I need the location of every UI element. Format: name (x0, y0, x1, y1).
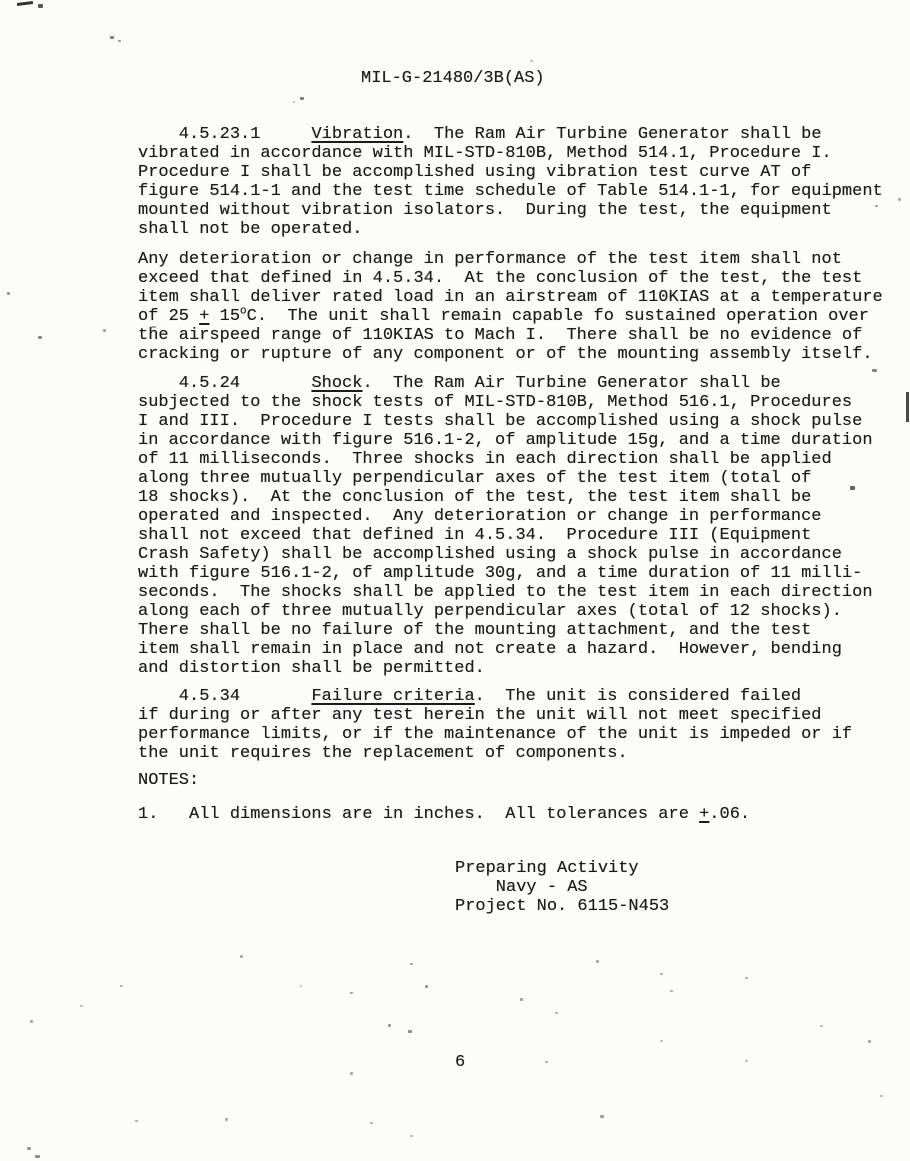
text-line: along each of three mutually perpendicul… (138, 602, 873, 621)
scan-speckle (850, 486, 855, 490)
text-line: operated and inspected. Any deterioratio… (138, 507, 873, 526)
scan-speckle (135, 1120, 138, 1122)
text-line: item shall remain in place and not creat… (138, 640, 873, 659)
underlined-text: Shock (311, 374, 362, 393)
text-line: seconds. The shocks shall be applied to … (138, 583, 873, 602)
text-line: 4.5.24 Shock. The Ram Air Turbine Genera… (138, 374, 873, 393)
text-line: Navy - AS (455, 878, 669, 897)
text-line: along three mutually perpendicular axes … (138, 469, 873, 488)
text-line: 4.5.23.1 Vibration. The Ram Air Turbine … (138, 125, 883, 144)
scan-speckle (103, 329, 106, 332)
text-line: shall not be operated. (138, 220, 883, 239)
text-line: and distortion shall be permitted. (138, 659, 873, 678)
scan-speckle (898, 198, 901, 201)
scan-speckle (240, 955, 243, 958)
text-line: 18 shocks). At the conclusion of the tes… (138, 488, 873, 507)
text-line: There shall be no failure of the mountin… (138, 621, 873, 640)
section-4-5-34-failure-criteria: 4.5.34 Failure criteria. The unit is con… (138, 687, 852, 763)
scan-speckle (293, 101, 295, 103)
text-line: NOTES: (138, 771, 199, 790)
notes-heading: NOTES: (138, 771, 199, 790)
scan-speckle (27, 1147, 31, 1150)
underlined-text: + (199, 307, 209, 326)
text-line: Project No. 6115-N453 (455, 897, 669, 916)
scan-speckle (38, 4, 43, 8)
text-line: in accordance with figure 516.1-2, of am… (138, 431, 873, 450)
scan-speckle (670, 990, 673, 992)
underlined-text: Failure criteria (311, 687, 474, 706)
section-4-5-23-1-vibration: 4.5.23.1 Vibration. The Ram Air Turbine … (138, 125, 883, 239)
scan-speckle (545, 1061, 548, 1063)
scan-mark-corner (17, 1, 33, 6)
text-line: Procedure I shall be accomplished using … (138, 163, 883, 182)
scan-speckle (300, 97, 304, 100)
text-line: the airspeed range of 110KIAS to Mach I.… (138, 326, 883, 345)
scan-speckle (350, 1072, 353, 1075)
scan-speckle (370, 1122, 373, 1124)
scan-speckle (7, 292, 10, 295)
scanned-document-page: MIL-G-21480/3B(AS) 4.5.23.1 Vibration. T… (0, 0, 910, 1161)
scan-speckle (820, 1025, 823, 1027)
text-line: cracking or rupture of any component or … (138, 345, 883, 364)
scan-speckle (600, 1115, 604, 1118)
scan-speckle (745, 977, 748, 979)
scan-speckle (225, 1118, 228, 1121)
scan-speckle (530, 60, 533, 62)
text-line: mounted without vibration isolators. Dur… (138, 201, 883, 220)
text-line: I and III. Procedure I tests shall be ac… (138, 412, 873, 431)
underlined-text: + (699, 805, 709, 824)
scan-speckle (410, 963, 413, 965)
text-line: shall not exceed that defined in 4.5.34.… (138, 526, 873, 545)
scan-speckle (520, 998, 523, 1001)
scan-speckle (38, 336, 42, 339)
text-line: performance limits, or if the maintenanc… (138, 725, 852, 744)
scan-speckle (80, 1005, 83, 1007)
section-4-5-24-shock: 4.5.24 Shock. The Ram Air Turbine Genera… (138, 374, 873, 678)
scan-speckle (350, 992, 353, 994)
text-line: subjected to the shock tests of MIL-STD-… (138, 393, 873, 412)
scan-speckle (868, 1040, 871, 1043)
text-line: Any deterioration or change in performan… (138, 250, 883, 269)
text-line: figure 514.1-1 and the test time schedul… (138, 182, 883, 201)
scan-speckle (110, 36, 114, 39)
scan-speckle (35, 1155, 40, 1158)
text-line: 4.5.34 Failure criteria. The unit is con… (138, 687, 852, 706)
text-line: of 11 milliseconds. Three shocks in each… (138, 450, 873, 469)
scan-speckle (596, 960, 599, 963)
text-line: if during or after any test herein the u… (138, 706, 852, 725)
scan-speckle (388, 1024, 391, 1027)
text-line: of 25 + 15oC. The unit shall remain capa… (138, 307, 883, 326)
paragraph-vibration-results: Any deterioration or change in performan… (138, 250, 883, 364)
scan-speckle (875, 205, 878, 207)
scan-speckle (408, 1030, 412, 1033)
underlined-text: Vibration (311, 125, 403, 144)
scan-speckle (410, 1135, 413, 1137)
note-1: 1. All dimensions are in inches. All tol… (138, 805, 750, 824)
scan-speckle (555, 1012, 558, 1014)
scan-speckle (118, 40, 121, 42)
scan-speckle (300, 985, 302, 987)
text-line: Crash Safety) shall be accomplished usin… (138, 545, 873, 564)
scan-speckle (880, 1095, 883, 1097)
scan-speckle (660, 1040, 663, 1042)
scan-mark-edge (906, 392, 909, 422)
text-line: the unit requires the replacement of com… (138, 744, 852, 763)
scan-speckle (151, 326, 156, 328)
preparing-activity: Preparing Activity Navy - ASProject No. … (455, 859, 669, 916)
text-line: with figure 516.1-2, of amplitude 30g, a… (138, 564, 873, 583)
doc-number-header: MIL-G-21480/3B(AS) (361, 69, 545, 88)
page-number: 6 (455, 1053, 465, 1072)
scan-speckle (745, 1060, 748, 1062)
text-line: vibrated in accordance with MIL-STD-810B… (138, 144, 883, 163)
text-line: exceed that defined in 4.5.34. At the co… (138, 269, 883, 288)
scan-speckle (872, 369, 877, 372)
text-line: Preparing Activity (455, 859, 669, 878)
superscript-text: o (240, 305, 247, 317)
scan-speckle (30, 1020, 33, 1023)
scan-speckle (425, 985, 428, 988)
text-line: item shall deliver rated load in an airs… (138, 288, 883, 307)
scan-speckle (120, 985, 123, 987)
text-line: 1. All dimensions are in inches. All tol… (138, 805, 750, 824)
scan-speckle (660, 973, 663, 975)
